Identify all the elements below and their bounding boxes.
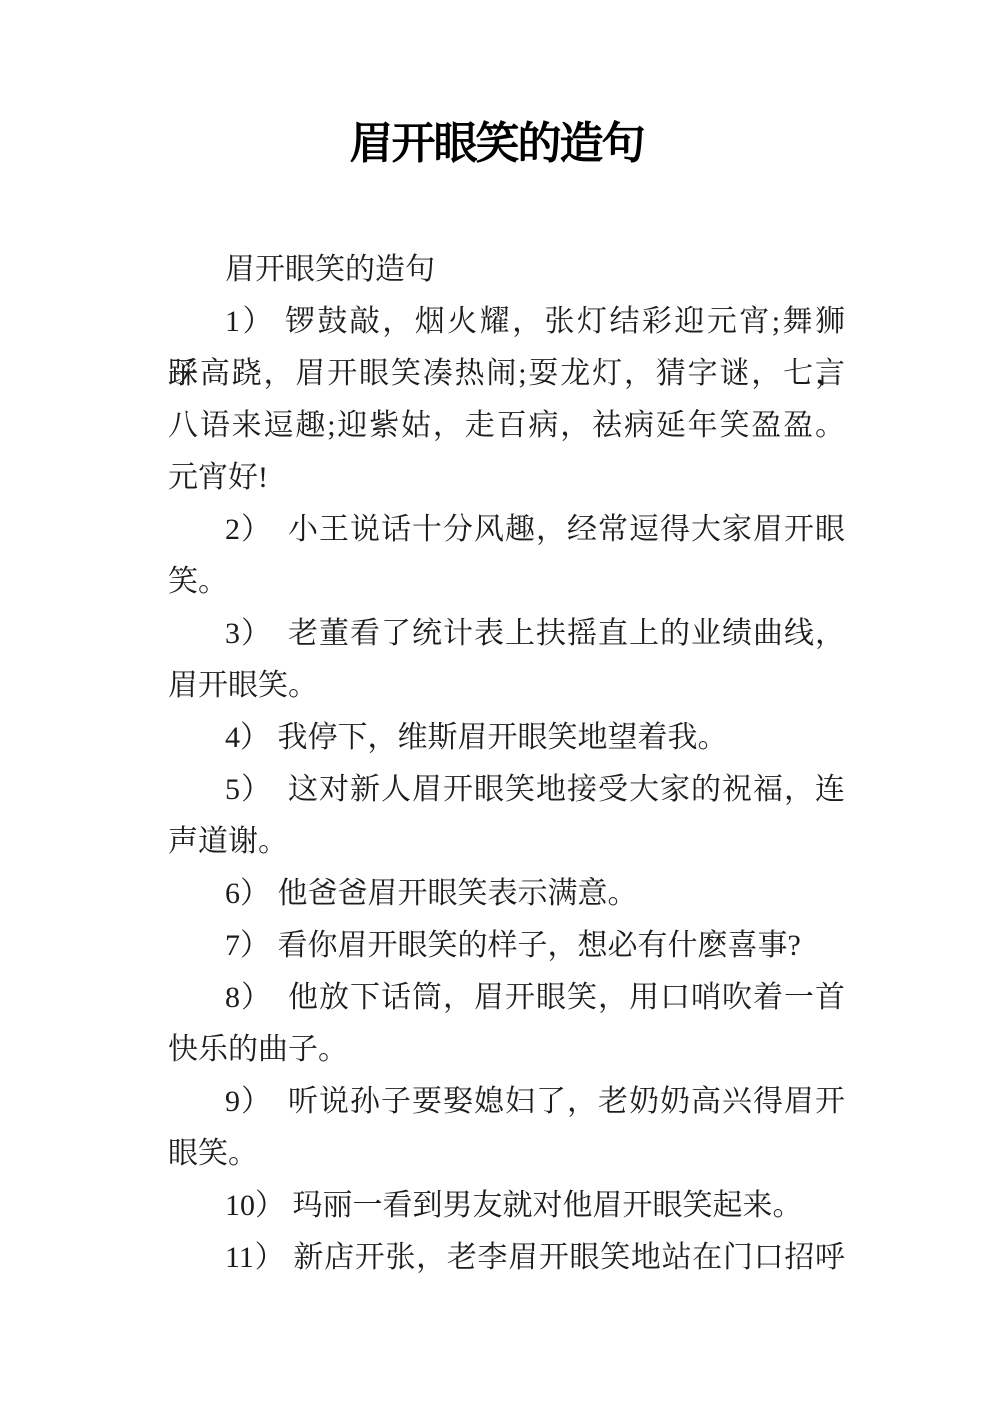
text-line: 8） 他放下话筒，眉开眼笑，用口哨吹着一首 bbox=[168, 972, 845, 1024]
text-line: 6） 他爸爸眉开眼笑表示满意。 bbox=[168, 868, 845, 920]
text-line: 快乐的曲子。 bbox=[168, 1024, 845, 1076]
text-line: 5） 这对新人眉开眼笑地接受大家的祝福，连 bbox=[168, 764, 845, 816]
text-line: 3） 老董看了统计表上扶摇直上的业绩曲线， bbox=[168, 608, 845, 660]
document-title: 眉开眼笑的造句 bbox=[0, 112, 993, 176]
document-body: 眉开眼笑的造句1） 锣鼓敲，烟火耀，张灯结彩迎元宵;舞狮子，踩高跷，眉开眼笑凑热… bbox=[168, 244, 845, 1284]
text-line: 4） 我停下，维斯眉开眼笑地望着我。 bbox=[168, 712, 845, 764]
text-line: 2） 小王说话十分风趣，经常逗得大家眉开眼 bbox=[168, 504, 845, 556]
text-line: 八语来逗趣;迎紫姑，走百病，祛病延年笑盈盈。 bbox=[168, 400, 845, 452]
text-line: 7） 看你眉开眼笑的样子，想必有什麽喜事? bbox=[168, 920, 845, 972]
text-line: 眼笑。 bbox=[168, 1128, 845, 1180]
text-line: 1） 锣鼓敲，烟火耀，张灯结彩迎元宵;舞狮子， bbox=[168, 296, 845, 348]
text-line: 踩高跷，眉开眼笑凑热闹;耍龙灯，猜字谜，七言 bbox=[168, 348, 845, 400]
text-line: 眉开眼笑。 bbox=[168, 660, 845, 712]
text-line: 11） 新店开张，老李眉开眼笑地站在门口招呼 bbox=[168, 1232, 845, 1284]
text-line: 声道谢。 bbox=[168, 816, 845, 868]
text-line: 笑。 bbox=[168, 556, 845, 608]
document-page: 眉开眼笑的造句 眉开眼笑的造句1） 锣鼓敲，烟火耀，张灯结彩迎元宵;舞狮子，踩高… bbox=[0, 0, 993, 1404]
text-line: 元宵好! bbox=[168, 452, 845, 504]
text-line: 10） 玛丽一看到男友就对他眉开眼笑起来。 bbox=[168, 1180, 845, 1232]
text-line: 眉开眼笑的造句 bbox=[168, 244, 845, 296]
text-line: 9） 听说孙子要娶媳妇了，老奶奶高兴得眉开 bbox=[168, 1076, 845, 1128]
